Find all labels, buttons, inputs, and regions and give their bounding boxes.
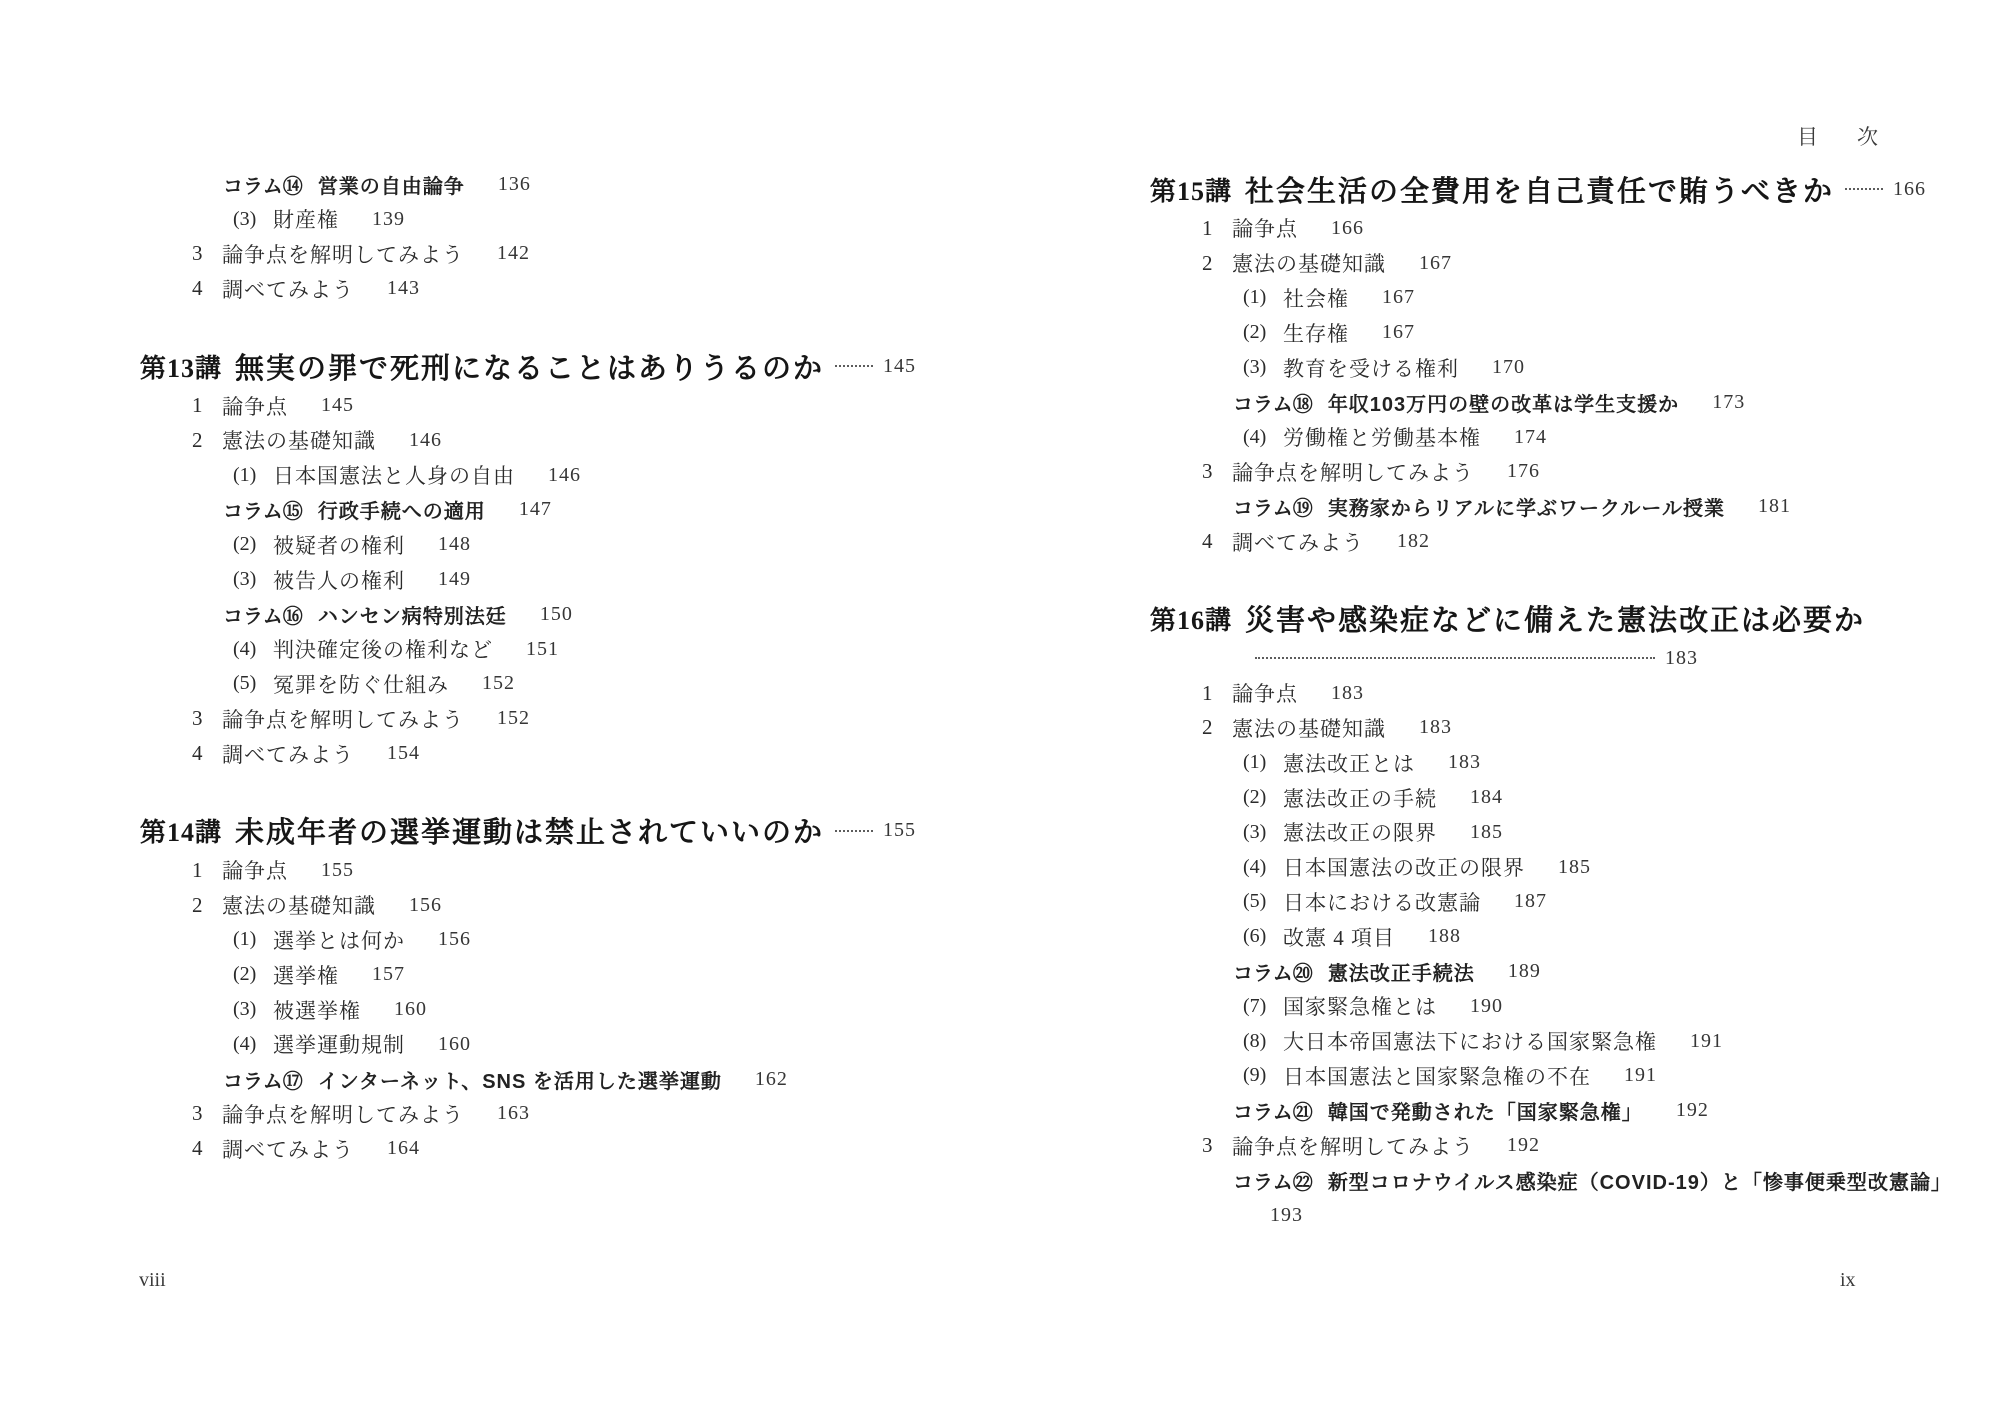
section-number: 3 (192, 706, 222, 731)
toc-entry-subsection: (9)日本国憲法と国家緊急権の不在191 (1150, 1059, 1940, 1094)
subsection-title: 選挙権 (273, 960, 339, 990)
toc-entry-subsection: (1)選挙とは何か156 (140, 923, 920, 958)
page-ref: 166 (1331, 217, 1364, 240)
section-title: 調べてみよう (222, 1134, 354, 1164)
subsection-title: 被選挙権 (273, 995, 361, 1025)
page-ref: 185 (1470, 821, 1503, 844)
page-ref: 145 (321, 394, 354, 417)
toc-entry-subsection: (3)被告人の権利149 (140, 562, 920, 597)
subsection-number: (4) (1243, 856, 1283, 879)
subsection-number: (3) (1243, 821, 1283, 844)
section-number: 1 (1202, 681, 1232, 706)
toc-entry-section: 3論争点を解明してみよう163 (140, 1097, 920, 1132)
page-ref: 185 (1558, 856, 1591, 879)
section-number: 4 (1202, 529, 1232, 554)
subsection-title: 判決確定後の権利など (273, 634, 493, 664)
page-ref: 152 (482, 672, 515, 695)
page-ref: 191 (1624, 1064, 1657, 1087)
subsection-title: 日本国憲法の改正の限界 (1283, 852, 1525, 882)
column-label: コラム⑲ (1233, 492, 1313, 521)
column-title: 営業の自由論争 (318, 170, 465, 199)
page-ref: 193 (1270, 1204, 1303, 1227)
page-ref: 191 (1690, 1030, 1723, 1053)
page-ref: 150 (540, 603, 573, 626)
section-title: 論争点を解明してみよう (222, 239, 464, 269)
chapter-heading: 第13講無実の罪で死刑になることはありうるのか145 (140, 344, 920, 388)
section-number: 1 (1202, 216, 1232, 241)
page-ref: 156 (409, 894, 442, 917)
page-ref: 166 (1893, 178, 1926, 201)
subsection-number: (5) (233, 672, 273, 695)
toc-entry-section: 3論争点を解明してみよう142 (140, 237, 920, 272)
toc-entry-section: 1論争点166 (1150, 211, 1940, 246)
section-number: 3 (1202, 1133, 1232, 1158)
page-ref: 136 (498, 173, 531, 196)
toc-entry-column: コラム⑯ハンセン病特別法廷150 (140, 597, 920, 632)
toc-entry-subsection: (2)憲法改正の手続184 (1150, 780, 1940, 815)
subsection-number: (1) (233, 464, 273, 487)
subsection-title: 国家緊急権とは (1283, 991, 1437, 1021)
subsection-number: (2) (233, 533, 273, 556)
column-label: コラム⑯ (223, 600, 303, 629)
section-number: 2 (1202, 251, 1232, 276)
page-ref: 154 (387, 742, 420, 765)
page-ref: 156 (438, 928, 471, 951)
subsection-title: 冤罪を防ぐ仕組み (273, 669, 449, 699)
toc-entry-section: 1論争点183 (1150, 676, 1940, 711)
subsection-title: 財産権 (273, 204, 339, 234)
subsection-number: (8) (1243, 1030, 1283, 1053)
page-ref: 189 (1508, 960, 1541, 983)
toc-entry-column: コラム⑳憲法改正手続法189 (1150, 954, 1940, 989)
section-title: 論争点 (222, 391, 288, 421)
toc-entry-section: 4調べてみよう182 (1150, 524, 1940, 559)
toc-entry-subsection: (4)労働権と労働基本権174 (1150, 420, 1940, 455)
subsection-title: 改憲 4 項目 (1283, 922, 1395, 952)
section-title: 論争点を解明してみよう (1232, 457, 1474, 487)
toc-entry-section: 1論争点155 (140, 853, 920, 888)
page-ref: 160 (438, 1033, 471, 1056)
page-ref: 163 (497, 1102, 530, 1125)
toc-left-page-column: コラム⑭営業の自由論争136(3)財産権1393論争点を解明してみよう1424調… (140, 167, 920, 1166)
subsection-number: (7) (1243, 995, 1283, 1018)
section-title: 論争点 (1232, 678, 1298, 708)
page-ref: 143 (387, 277, 420, 300)
page-ref: 147 (519, 498, 552, 521)
section-number: 3 (192, 241, 222, 266)
toc-entry-subsection: (3)被選挙権160 (140, 992, 920, 1027)
toc-entry-subsection: (1)社会権167 (1150, 281, 1940, 316)
subsection-number: (3) (233, 998, 273, 1021)
subsection-title: 被疑者の権利 (273, 530, 405, 560)
page-ref: 183 (1665, 647, 1698, 670)
page-ref: 190 (1470, 995, 1503, 1018)
chapter-leader-row: 183 (1150, 641, 1940, 676)
toc-entry-subsection: (6)改憲 4 項目188 (1150, 919, 1940, 954)
toc-entry-column: コラム⑱年収103万円の壁の改革は学生支援か173 (1150, 385, 1940, 420)
page-ref: 152 (497, 707, 530, 730)
page-ref: 173 (1712, 391, 1745, 414)
chapter-heading: 第16講災害や感染症などに備えた憲法改正は必要か (1150, 597, 1940, 641)
column-label: コラム⑮ (223, 495, 303, 524)
page-ref: 155 (883, 819, 916, 842)
toc-entry-subsection: (5)冤罪を防ぐ仕組み152 (140, 667, 920, 702)
section-number: 2 (192, 893, 222, 918)
toc-entry-subsection: (2)選挙権157 (140, 957, 920, 992)
page-ref: 183 (1331, 682, 1364, 705)
section-title: 憲法の基礎知識 (222, 425, 376, 455)
section-title: 論争点を解明してみよう (222, 704, 464, 734)
page-number-right: ix (1840, 1269, 1856, 1292)
section-number: 2 (1202, 715, 1232, 740)
page-ref: 183 (1448, 751, 1481, 774)
section-number: 1 (192, 393, 222, 418)
chapter-title: 未成年者の選挙運動は禁止されていいのか (235, 810, 824, 851)
page-ref: 188 (1428, 925, 1461, 948)
chapter-heading: 第14講未成年者の選挙運動は禁止されていいのか155 (140, 809, 920, 853)
subsection-number: (4) (233, 638, 273, 661)
column-title: 憲法改正手続法 (1328, 957, 1475, 986)
subsection-title: 生存権 (1283, 318, 1349, 348)
page-ref: 162 (755, 1068, 788, 1091)
toc-entry-subsection: (4)選挙運動規制160 (140, 1027, 920, 1062)
leader-dots (835, 830, 873, 832)
page-ref: 192 (1507, 1134, 1540, 1157)
page-ref: 167 (1382, 286, 1415, 309)
page-ref: 192 (1676, 1099, 1709, 1122)
toc-entry-section: 2憲法の基礎知識167 (1150, 246, 1940, 281)
subsection-number: (3) (233, 568, 273, 591)
toc-right-page-column: 第15講社会生活の全費用を自己責任で賄うべきか1661論争点1662憲法の基礎知… (1150, 167, 1940, 1233)
page-ref: 155 (321, 859, 354, 882)
toc-entry-section: 1論争点145 (140, 388, 920, 423)
toc-entry-section: 4調べてみよう154 (140, 736, 920, 771)
toc-entry-subsection: (5)日本における改憲論187 (1150, 885, 1940, 920)
column-label: コラム⑱ (1233, 388, 1313, 417)
column-label: コラム㉑ (1233, 1096, 1313, 1125)
page-ref: 139 (372, 208, 405, 231)
toc-entry-subsection: (3)財産権139 (140, 202, 920, 237)
subsection-number: (9) (1243, 1064, 1283, 1087)
toc-entry-section: 3論争点を解明してみよう192 (1150, 1128, 1940, 1163)
toc-entry-section: 4調べてみよう164 (140, 1131, 920, 1166)
page-ref: 170 (1492, 356, 1525, 379)
page-ref: 164 (387, 1137, 420, 1160)
toc-entry-subsection: (1)日本国憲法と人身の自由146 (140, 458, 920, 493)
toc-entry-subsection: (4)日本国憲法の改正の限界185 (1150, 850, 1940, 885)
column-title: 新型コロナウイルス感染症（COVID-19）と「惨事便乗型改憲論」 (1328, 1166, 1952, 1195)
page-ref: 160 (394, 998, 427, 1021)
page-ref: 157 (372, 963, 405, 986)
subsection-number: (1) (233, 928, 273, 951)
page-ref: 182 (1397, 530, 1430, 553)
toc-entry-subsection: (1)憲法改正とは183 (1150, 745, 1940, 780)
subsection-number: (2) (1243, 786, 1283, 809)
subsection-title: 憲法改正の限界 (1283, 817, 1437, 847)
section-title: 論争点 (1232, 213, 1298, 243)
page-ref: 149 (438, 568, 471, 591)
chapter-number: 第16講 (1150, 600, 1232, 637)
section-number: 1 (192, 858, 222, 883)
chapter-number: 第13講 (140, 348, 222, 385)
toc-entry-subsection: (3)憲法改正の限界185 (1150, 815, 1940, 850)
toc-entry-subsection: (2)被疑者の権利148 (140, 527, 920, 562)
toc-book-spread: 目 次 コラム⑭営業の自由論争136(3)財産権1393論争点を解明してみよう1… (0, 0, 2000, 1416)
page-ref: 176 (1507, 460, 1540, 483)
chapter-heading: 第15講社会生活の全費用を自己責任で賄うべきか166 (1150, 167, 1940, 211)
column-label: コラム⑭ (223, 170, 303, 199)
subsection-number: (4) (233, 1033, 273, 1056)
section-number: 4 (192, 1136, 222, 1161)
leader-dots (1255, 657, 1655, 659)
subsection-title: 日本国憲法と人身の自由 (273, 460, 515, 490)
toc-entry-column: コラム⑲実務家からリアルに学ぶワークルール授業181 (1150, 489, 1940, 524)
column-label: コラム⑳ (1233, 957, 1313, 986)
page-ref: 142 (497, 242, 530, 265)
toc-entry-section: 4調べてみよう143 (140, 271, 920, 306)
toc-entry-subsection: (2)生存権167 (1150, 315, 1940, 350)
subsection-number: (3) (233, 208, 273, 231)
section-title: 憲法の基礎知識 (1232, 248, 1386, 278)
page-ref: 167 (1382, 321, 1415, 344)
page-ref: 148 (438, 533, 471, 556)
subsection-number: (1) (1243, 751, 1283, 774)
subsection-title: 憲法改正の手続 (1283, 783, 1437, 813)
column-title: 行政手続への適用 (318, 495, 486, 524)
column-label: コラム㉒ (1233, 1166, 1313, 1195)
toc-entry-section: 2憲法の基礎知識146 (140, 423, 920, 458)
subsection-title: 教育を受ける権利 (1283, 353, 1459, 383)
toc-entry-section: 2憲法の基礎知識156 (140, 888, 920, 923)
column-title: ハンセン病特別法廷 (318, 600, 507, 629)
subsection-title: 大日本帝国憲法下における国家緊急権 (1283, 1026, 1657, 1056)
page-ref: 151 (526, 638, 559, 661)
page-ref: 167 (1419, 252, 1452, 275)
section-title: 調べてみよう (222, 739, 354, 769)
section-number: 4 (192, 276, 222, 301)
section-title: 調べてみよう (222, 274, 354, 304)
toc-entry-subsection: (3)教育を受ける権利170 (1150, 350, 1940, 385)
subsection-title: 労働権と労働基本権 (1283, 422, 1481, 452)
section-title: 論争点 (222, 855, 288, 885)
subsection-number: (3) (1243, 356, 1283, 379)
section-number: 4 (192, 741, 222, 766)
column-title: 年収103万円の壁の改革は学生支援か (1328, 388, 1679, 417)
toc-entry-subsection: (8)大日本帝国憲法下における国家緊急権191 (1150, 1024, 1940, 1059)
page-ref: 184 (1470, 786, 1503, 809)
subsection-number: (4) (1243, 426, 1283, 449)
subsection-title: 選挙とは何か (273, 925, 405, 955)
chapter-title: 無実の罪で死刑になることはありうるのか (235, 346, 824, 387)
toc-entry-column: コラム⑮行政手続への適用147 (140, 493, 920, 528)
subsection-title: 日本国憲法と国家緊急権の不在 (1283, 1061, 1591, 1091)
page-number-left: viii (139, 1269, 166, 1292)
page-ref: 174 (1514, 426, 1547, 449)
section-number: 3 (192, 1101, 222, 1126)
chapter-number: 第14講 (140, 812, 222, 849)
subsection-number: (2) (1243, 321, 1283, 344)
section-number: 2 (192, 428, 222, 453)
page-ref: 183 (1419, 716, 1452, 739)
chapter-title: 災害や感染症などに備えた憲法改正は必要か (1245, 598, 1865, 639)
column-label: コラム⑰ (223, 1065, 303, 1094)
toc-entry-column: コラム⑭営業の自由論争136 (140, 167, 920, 202)
toc-entry-column: コラム㉑韓国で発動された「国家緊急権」192 (1150, 1093, 1940, 1128)
running-header: 目 次 (1797, 121, 1887, 151)
subsection-title: 選挙運動規制 (273, 1029, 405, 1059)
toc-entry-section: 2憲法の基礎知識183 (1150, 711, 1940, 746)
toc-entry-subsection: (4)判決確定後の権利など151 (140, 632, 920, 667)
page-ref: 145 (883, 355, 916, 378)
subsection-number: (6) (1243, 925, 1283, 948)
toc-entry-section: 3論争点を解明してみよう152 (140, 701, 920, 736)
leader-dots (835, 365, 873, 367)
page-ref: 146 (409, 429, 442, 452)
toc-entry-continuation: 193 (1150, 1198, 1940, 1233)
toc-entry-column: コラム⑰インターネット、SNS を活用した選挙運動162 (140, 1062, 920, 1097)
section-number: 3 (1202, 459, 1232, 484)
toc-entry-subsection: (7)国家緊急権とは190 (1150, 989, 1940, 1024)
page-ref: 187 (1514, 890, 1547, 913)
section-title: 憲法の基礎知識 (1232, 713, 1386, 743)
page-ref: 181 (1758, 495, 1791, 518)
subsection-number: (2) (233, 963, 273, 986)
chapter-number: 第15講 (1150, 171, 1232, 208)
toc-entry-section: 3論争点を解明してみよう176 (1150, 455, 1940, 490)
section-title: 論争点を解明してみよう (222, 1099, 464, 1129)
section-title: 調べてみよう (1232, 527, 1364, 557)
column-title: インターネット、SNS を活用した選挙運動 (318, 1065, 722, 1094)
subsection-number: (5) (1243, 890, 1283, 913)
subsection-title: 憲法改正とは (1283, 748, 1415, 778)
column-title: 実務家からリアルに学ぶワークルール授業 (1328, 492, 1725, 521)
section-title: 憲法の基礎知識 (222, 890, 376, 920)
subsection-title: 日本における改憲論 (1283, 887, 1481, 917)
subsection-title: 被告人の権利 (273, 565, 405, 595)
subsection-title: 社会権 (1283, 283, 1349, 313)
section-title: 論争点を解明してみよう (1232, 1131, 1474, 1161)
column-title: 韓国で発動された「国家緊急権」 (1328, 1096, 1643, 1125)
page-ref: 146 (548, 464, 581, 487)
toc-entry-column: コラム㉒新型コロナウイルス感染症（COVID-19）と「惨事便乗型改憲論」 (1150, 1163, 1940, 1198)
chapter-title: 社会生活の全費用を自己責任で賄うべきか (1245, 169, 1834, 210)
subsection-number: (1) (1243, 286, 1283, 309)
leader-dots (1845, 188, 1883, 190)
